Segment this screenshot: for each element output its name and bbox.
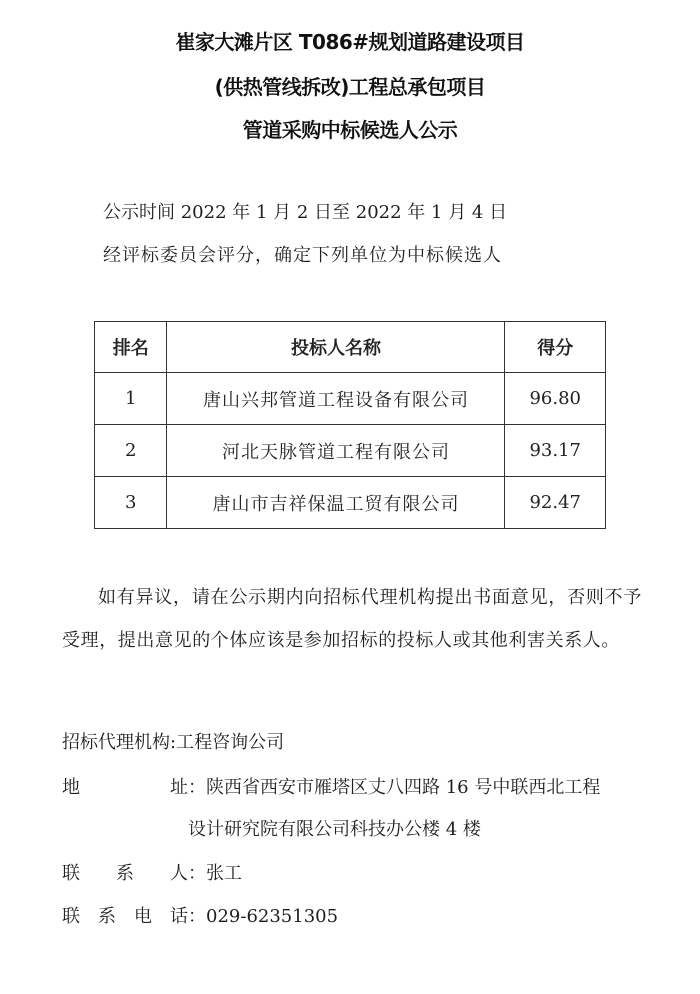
header-score: 得分	[505, 322, 606, 373]
rank-cell: 1	[95, 373, 167, 425]
rank-cell: 2	[95, 425, 167, 477]
agency-value: 工程咨询公司	[176, 732, 284, 753]
score-cell: 93.17	[505, 425, 606, 477]
contact-person-label: 联 系 人	[62, 862, 188, 886]
header-rank: 排名	[95, 322, 167, 373]
bidder-name-cell: 唐山兴邦管道工程设备有限公司	[167, 373, 505, 425]
score-cell: 92.47	[505, 477, 606, 529]
contact-person-row: 联 系 人 ：张工	[62, 862, 242, 886]
table-header-row: 排名 投标人名称 得分	[95, 322, 606, 373]
phone-row: 联 系 电 话 ：029-62351305	[62, 905, 338, 929]
address-colon: ：	[188, 777, 206, 798]
bidder-name-cell: 唐山市吉祥保温工贸有限公司	[167, 477, 505, 529]
title-line-3: 管道采购中标候选人公示	[0, 118, 700, 142]
title-line-2: (供热管线拆改)工程总承包项目	[0, 75, 700, 99]
contact-colon: ：	[188, 863, 206, 884]
phone-colon: ：	[188, 906, 206, 927]
title-line-1: 崔家大滩片区 T086#规划道路建设项目	[0, 30, 700, 54]
contact-person-value: 张工	[206, 863, 242, 884]
table-row: 3 唐山市吉祥保温工贸有限公司 92.47	[95, 477, 606, 529]
phone-value: 029-62351305	[206, 906, 338, 927]
agency-label: 招标代理机构:	[62, 732, 176, 753]
publicity-period: 公示时间 2022 年 1 月 2 日至 2022 年 1 月 4 日	[103, 201, 507, 225]
address-value-line1: 陕西省西安市雁塔区丈八四路 16 号中联西北工程	[206, 777, 600, 798]
rank-cell: 3	[95, 477, 167, 529]
table-row: 1 唐山兴邦管道工程设备有限公司 96.80	[95, 373, 606, 425]
phone-label: 联 系 电 话	[62, 905, 188, 929]
address-label: 地 址	[62, 776, 188, 800]
table-row: 2 河北天脉管道工程有限公司 93.17	[95, 425, 606, 477]
agency-row: 招标代理机构:工程咨询公司	[62, 731, 284, 755]
bidder-name-cell: 河北天脉管道工程有限公司	[167, 425, 505, 477]
evaluation-intro: 经评标委员会评分，确定下列单位为中标候选人	[103, 244, 502, 268]
address-value-line2: 设计研究院有限公司科技办公楼 4 楼	[188, 818, 481, 842]
objection-notice: 如有异议，请在公示期内向招标代理机构提出书面意见，否则不予受理，提出意见的个体应…	[62, 576, 642, 662]
address-row: 地 址 ：陕西省西安市雁塔区丈八四路 16 号中联西北工程	[62, 776, 600, 800]
score-cell: 96.80	[505, 373, 606, 425]
header-bidder-name: 投标人名称	[167, 322, 505, 373]
candidates-table: 排名 投标人名称 得分 1 唐山兴邦管道工程设备有限公司 96.80 2 河北天…	[94, 321, 606, 529]
